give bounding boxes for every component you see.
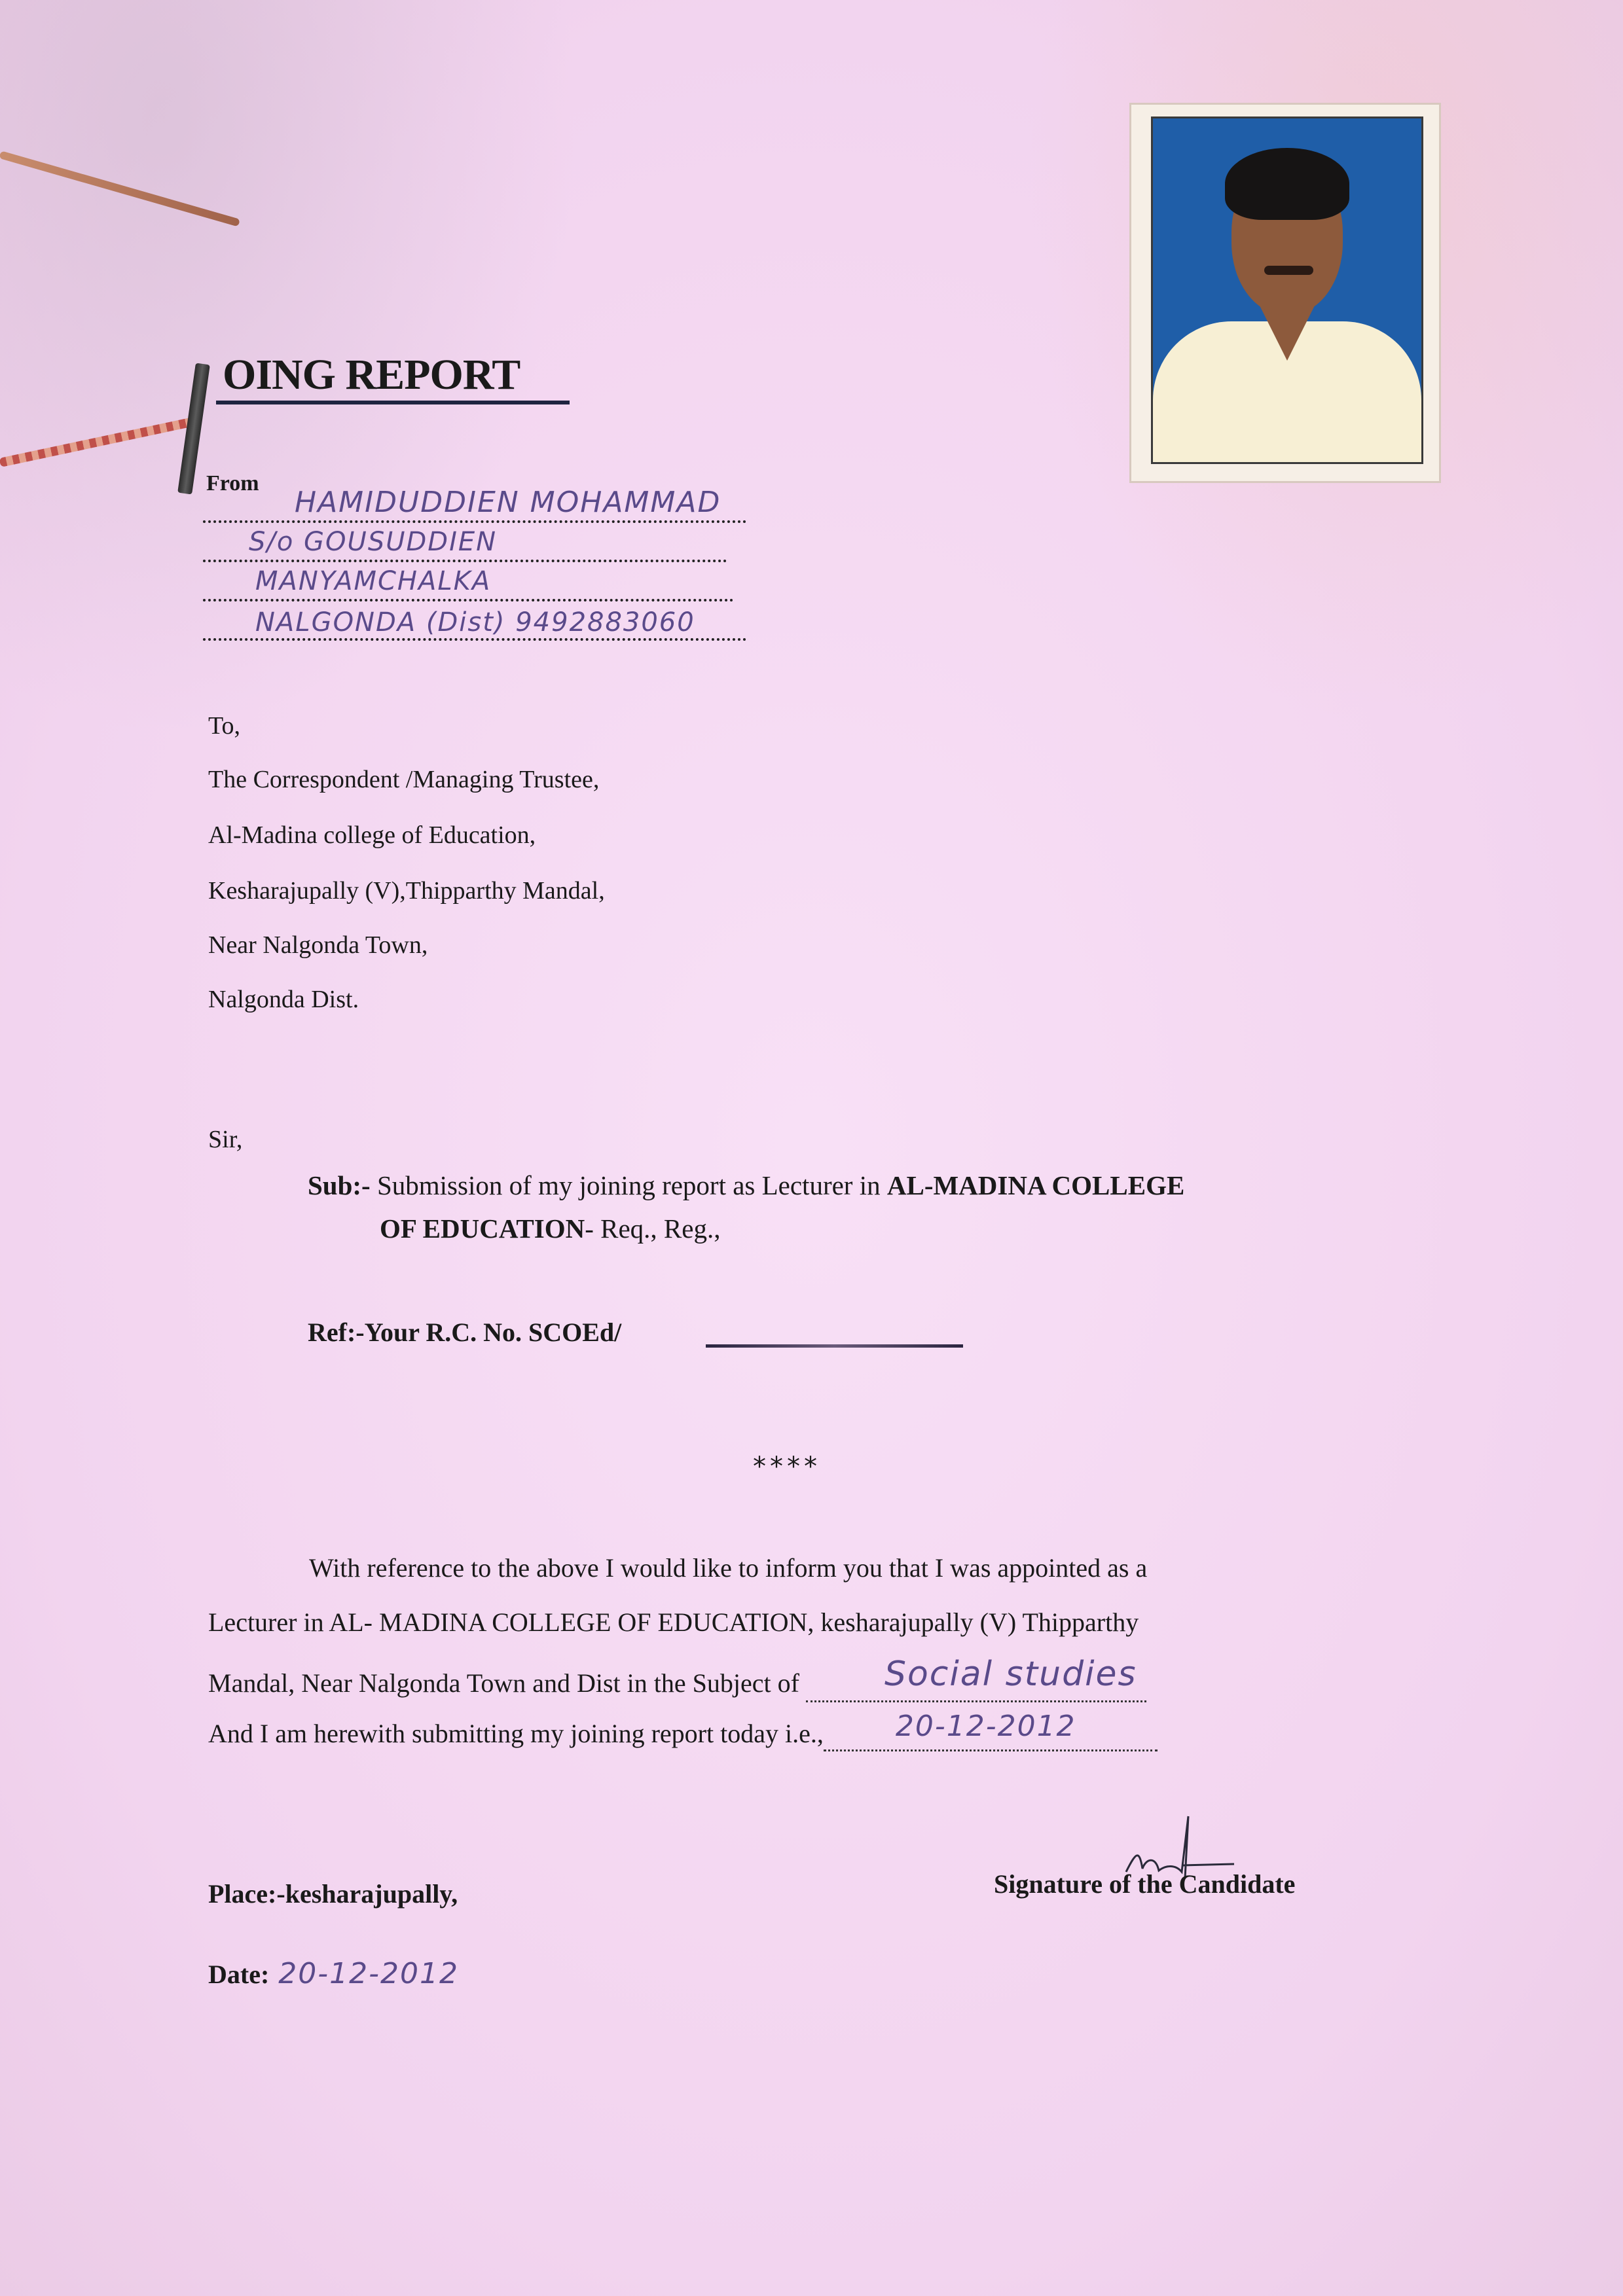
body-line-2: Lecturer in AL- MADINA COLLEGE OF EDUCAT… bbox=[208, 1607, 1139, 1638]
body-line-4-text: And I am herewith submitting my joining … bbox=[208, 1719, 824, 1748]
salutation: Sir, bbox=[208, 1127, 242, 1152]
body-line-3-text: Mandal, Near Nalgonda Town and Dist in t… bbox=[208, 1668, 806, 1698]
joining-date-value: 20-12-2012 bbox=[896, 1710, 1076, 1743]
subject-college-2: OF EDUCATION bbox=[308, 1213, 585, 1244]
body-line-1: With reference to the above I would like… bbox=[309, 1552, 1147, 1583]
to-line-2: Al-Madina college of Education, bbox=[208, 823, 536, 848]
from-name: HAMIDUDDIEN MOHAMMAD bbox=[295, 486, 721, 519]
from-village: MANYAMCHALKA bbox=[255, 566, 491, 596]
to-label: To, bbox=[208, 713, 240, 738]
subject-value: Social studies bbox=[884, 1655, 1137, 1694]
treasury-tag-clip bbox=[177, 363, 210, 494]
subject-college-1: AL-MADINA COLLEGE bbox=[887, 1170, 1184, 1200]
from-line-4-rule bbox=[203, 638, 746, 641]
from-line-3-rule bbox=[203, 599, 733, 601]
body-line-4: And I am herewith submitting my joining … bbox=[208, 1716, 1158, 1751]
from-label: From bbox=[206, 471, 259, 496]
subject-field: Social studies bbox=[806, 1661, 1146, 1702]
title-underline bbox=[216, 401, 570, 404]
reference-blank-line bbox=[706, 1344, 963, 1348]
subject-prefix: Sub:- bbox=[308, 1170, 371, 1200]
signature-label: Signature of the Candidate bbox=[994, 1869, 1295, 1899]
to-line-1: The Correspondent /Managing Trustee, bbox=[208, 767, 599, 792]
from-line-2-rule bbox=[203, 560, 727, 562]
candidate-photo bbox=[1151, 117, 1423, 464]
joining-date-field: 20-12-2012 bbox=[824, 1716, 1158, 1751]
from-parent: S/o GOUSUDDIEN bbox=[249, 527, 497, 557]
separator-stars: **** bbox=[753, 1452, 821, 1482]
place-label: Place:-kesharajupally, bbox=[208, 1878, 458, 1909]
page-title: OING REPORT bbox=[223, 350, 520, 400]
from-line-1-rule bbox=[203, 520, 746, 523]
subject-line: Sub:- Submission of my joining report as… bbox=[308, 1164, 1421, 1250]
subject-suffix: - Req., Reg., bbox=[585, 1213, 720, 1244]
to-line-4: Near Nalgonda Town, bbox=[208, 933, 428, 958]
to-line-5: Nalgonda Dist. bbox=[208, 987, 359, 1012]
subject-text: Submission of my joining report as Lectu… bbox=[371, 1170, 887, 1200]
binding-string bbox=[0, 151, 240, 226]
to-line-3: Kesharajupally (V),Thipparthy Mandal, bbox=[208, 878, 605, 903]
date-row: Date:20-12-2012 bbox=[208, 1957, 459, 1990]
date-label: Date: bbox=[208, 1960, 269, 1989]
reference-label: Ref:-Your R.C. No. SCOEd/ bbox=[308, 1317, 621, 1348]
from-district-phone: NALGONDA (Dist) 9492883060 bbox=[255, 607, 695, 637]
binding-string-tag bbox=[0, 418, 193, 467]
date-value: 20-12-2012 bbox=[278, 1957, 459, 1990]
body-line-3: Mandal, Near Nalgonda Town and Dist in t… bbox=[208, 1661, 1146, 1702]
